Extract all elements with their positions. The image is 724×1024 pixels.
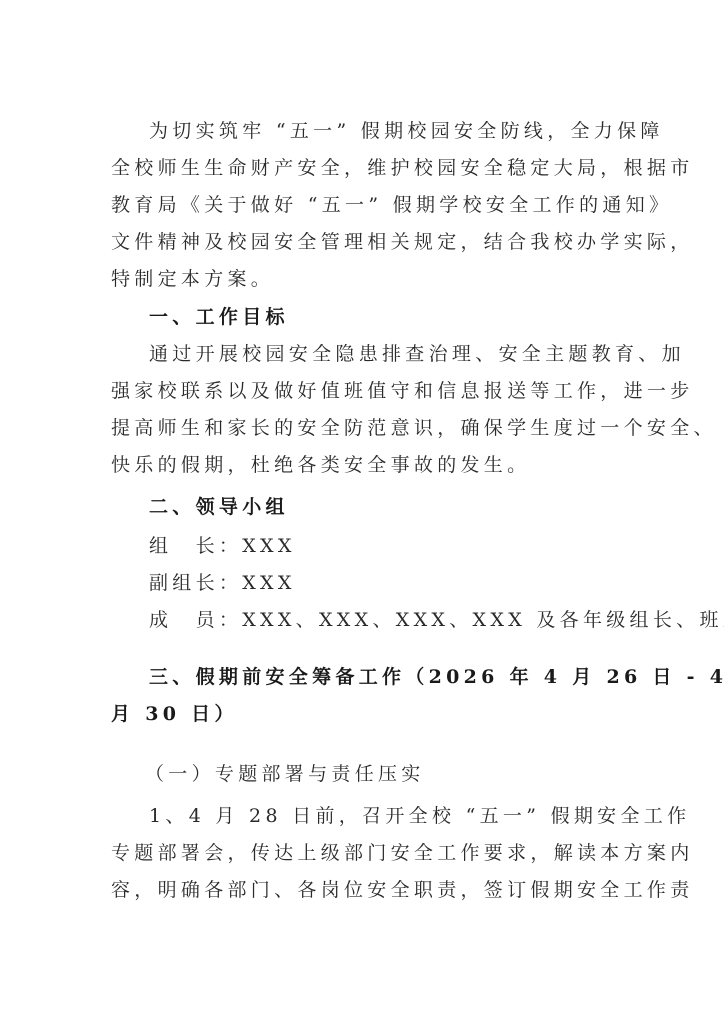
section-heading-preparation-cont: 月 30 日）	[111, 702, 611, 726]
goals-line: 提高师生和家长的安全防范意识，确保学生度过一个安全、	[111, 416, 611, 440]
intro-line: 特制定本方案。	[111, 267, 611, 291]
deployment-line: 容，明确各部门、各岗位安全职责，签订假期安全工作责	[111, 878, 611, 902]
goals-line: 强家校联系以及做好值班值守和信息报送等工作，进一步	[111, 379, 611, 403]
deployment-line: 1、4 月 28 日前，召开全校 “五一” 假期安全工作	[149, 804, 649, 828]
deputy-leader-row: 副组长：XXX	[149, 571, 649, 595]
intro-line: 全校师生生命财产安全，维护校园安全稳定大局，根据市	[111, 156, 611, 180]
deployment-line: 专题部署会，传达上级部门安全工作要求，解读本方案内	[111, 841, 611, 865]
section-heading-leadership: 二、领导小组	[149, 495, 649, 519]
intro-line: 文件精神及校园安全管理相关规定，结合我校办学实际，	[111, 230, 611, 254]
members-row: 成 员：XXX、XXX、XXX、XXX 及各年级组长、班主任	[149, 608, 649, 632]
section-heading-preparation: 三、假期前安全筹备工作（2026 年 4 月 26 日 - 4	[149, 665, 649, 689]
intro-line: 为切实筑牢 “五一” 假期校园安全防线，全力保障	[149, 119, 649, 143]
section-heading-goals: 一、工作目标	[149, 305, 649, 329]
goals-line: 快乐的假期，杜绝各类安全事故的发生。	[111, 453, 611, 477]
goals-line: 通过开展校园安全隐患排查治理、安全主题教育、加	[149, 342, 649, 366]
subsection-heading-deployment: （一）专题部署与责任压实	[145, 762, 645, 786]
leader-row: 组 长：XXX	[149, 534, 649, 558]
document-page: 为切实筑牢 “五一” 假期校园安全防线，全力保障 全校师生生命财产安全，维护校园…	[0, 0, 724, 1024]
intro-line: 教育局《关于做好 “五一” 假期学校安全工作的通知》	[111, 193, 611, 217]
